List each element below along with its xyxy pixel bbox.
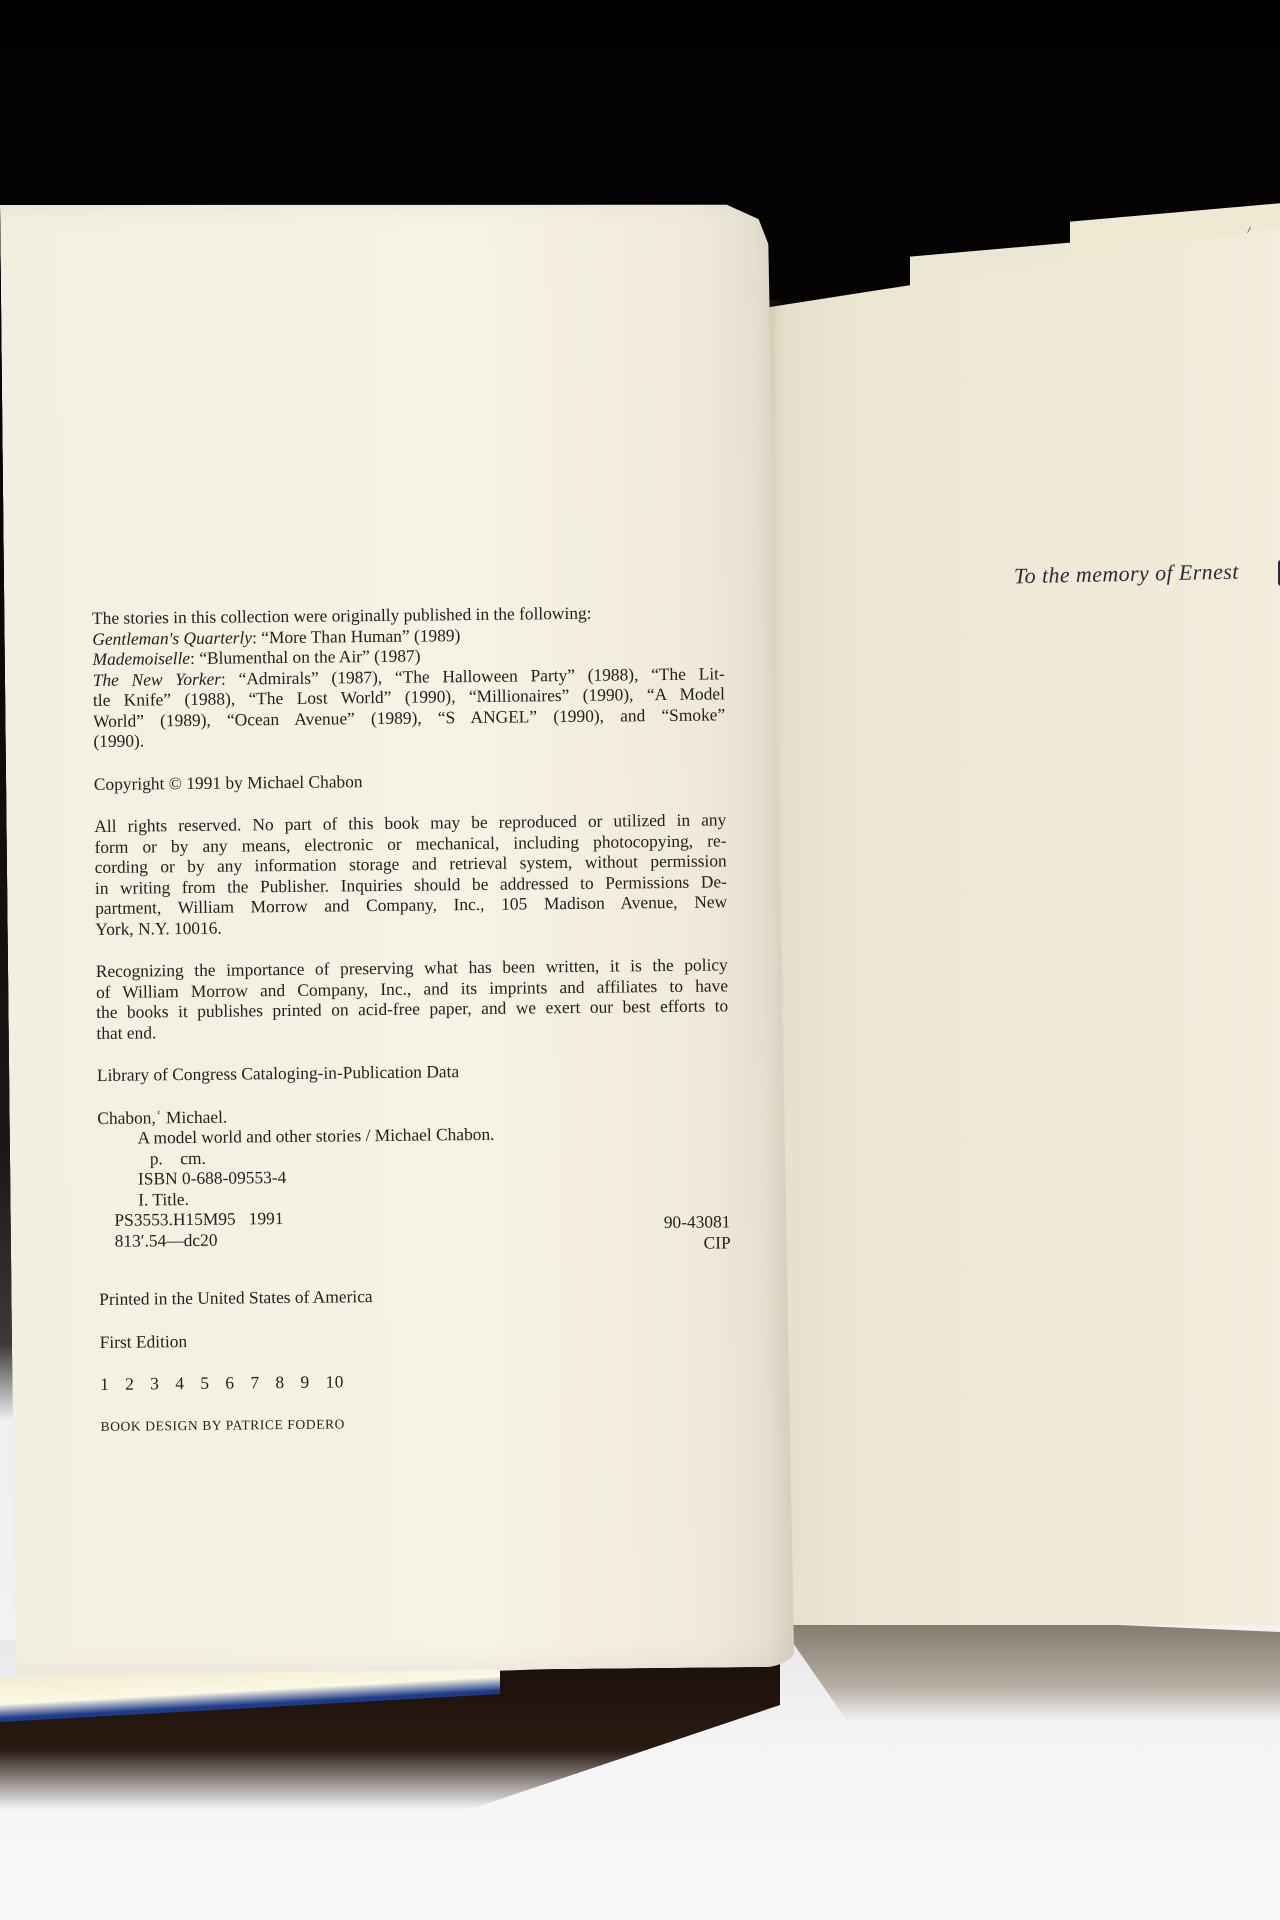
dedication-text: To the memory of Ernest [1014,559,1239,590]
right-page [757,225,1280,1625]
cip-block: Chabon,ʿ Michael. A model world and othe… [97,1101,730,1251]
book-shadow-right [770,1610,1280,1720]
cip-heading: Library of Congress Cataloging-in-Public… [97,1058,729,1085]
printing-line: 1 2 3 4 5 6 7 8 9 10 [100,1367,732,1394]
acid-free-paragraph: Recognizing the importance of preserving… [96,954,729,1043]
copyright-page-text: The stories in this collection were orig… [92,601,733,1459]
sources-paragraph: The stories in this collection were orig… [92,601,725,751]
printed-in: Printed in the United States of America [99,1282,731,1309]
rights-paragraph: All rights reserved. No part of this boo… [94,809,727,939]
cip-label: CIP [704,1232,731,1253]
copyright-line: Copyright © 1991 by Michael Chabon [94,767,726,794]
book-photo-scene: / The stories in this collection were or… [0,0,1280,1920]
book-design-credit: BOOK DESIGN BY PATRICE FODERO [100,1410,732,1437]
edition: First Edition [100,1325,732,1352]
